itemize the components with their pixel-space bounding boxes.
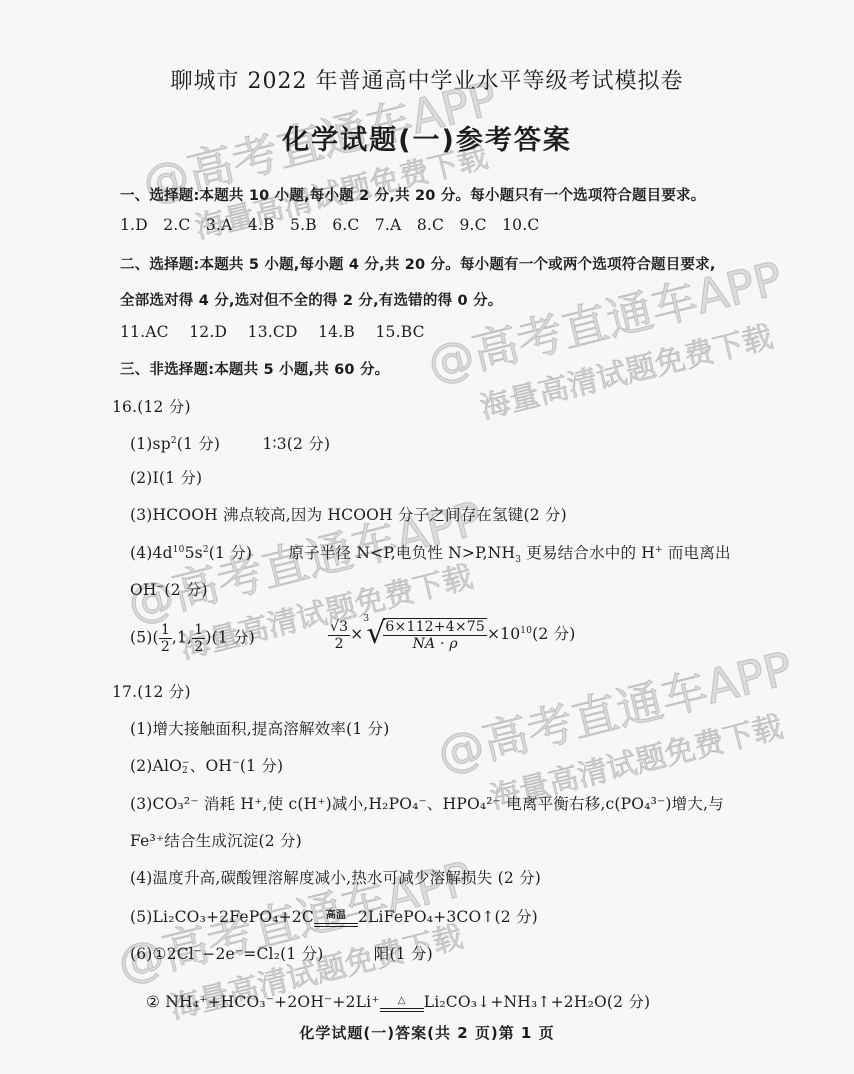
section-1-answers: 1.D 2.C 3.A 4.B 5.B 6.C 7.A 8.C 9.C 10.C bbox=[120, 216, 539, 234]
q17-part-6-2: ② NH₄⁺+HCO₃⁻+2OH⁻+2Li⁺△Li₂CO₃↓+NH₃↑+2H₂O… bbox=[146, 990, 650, 1012]
q17-part-5: (5)Li₂CO₃+2FePO₄+2C高温2LiFePO₄+3CO↑(2 分) bbox=[130, 905, 538, 927]
section-2-heading-line1: 二、选择题:本题共 5 小题,每小题 4 分,共 20 分。每小题有一个或两个选… bbox=[120, 253, 716, 274]
q17-part-4: (4)温度升高,碳酸锂溶解度减小,热水可减少溶解损失 (2 分) bbox=[130, 866, 541, 888]
q17-part-2: (2)AlO−2、OH−(1 分) bbox=[130, 754, 283, 776]
answer-item: 1.D bbox=[120, 216, 148, 234]
q16-part-5: (5)(12,1,12)(1 分) bbox=[130, 622, 255, 655]
answer-sheet-page: @高考直通车APP海量高清试题免费下载 @高考直通车APP海量高清试题免费下载 … bbox=[0, 0, 854, 1074]
q16-part-2: (2)Ⅰ(1 分) bbox=[130, 466, 202, 488]
answer-item: 15.BC bbox=[375, 323, 424, 341]
answer-item: 2.C bbox=[163, 216, 190, 234]
question-17-label: 17.(12 分) bbox=[112, 680, 191, 702]
section-3-heading: 三、非选择题:本题共 5 小题,共 60 分。 bbox=[120, 358, 389, 379]
exam-title: 聊城市 2022 年普通高中学业水平等级考试模拟卷 bbox=[0, 64, 854, 95]
q16-part-4-cont: OH−(2 分) bbox=[130, 578, 208, 600]
q17-part-1: (1)增大接触面积,提高溶解效率(1 分) bbox=[130, 717, 389, 739]
answer-item: 3.A bbox=[206, 216, 233, 234]
answer-item: 11.AC bbox=[120, 323, 169, 341]
answer-item: 6.C bbox=[332, 216, 359, 234]
page-footer: 化学试题(一)答案(共 2 页)第 1 页 bbox=[0, 1022, 854, 1043]
answer-item: 10.C bbox=[502, 216, 539, 234]
section-2-heading-line2: 全部选对得 4 分,选对但不全的得 2 分,有选错的得 0 分。 bbox=[120, 289, 502, 310]
q16-part-1: (1)sp2(1 分) 1∶3(2 分) bbox=[130, 432, 330, 454]
answer-item: 12.D bbox=[189, 323, 227, 341]
q16-part-3: (3)HCOOH 沸点较高,因为 HCOOH 分子之间存在氢键(2 分) bbox=[130, 503, 567, 525]
answer-item: 4.B bbox=[248, 216, 275, 234]
answer-item: 14.B bbox=[318, 323, 355, 341]
q16-part-4: (4)4d105s2(1 分) 原子半径 N<P,电负性 N>P,NH3 更易结… bbox=[130, 541, 731, 563]
section-1-heading: 一、选择题:本题共 10 小题,每小题 2 分,共 20 分。每小题只有一个选项… bbox=[120, 184, 705, 205]
section-2-answers: 11.AC 12.D 13.CD 14.B 15.BC bbox=[120, 323, 425, 341]
q16-part-5-formula: √32×3√6×112+4×75NA · ρ×1010(2 分) bbox=[328, 618, 576, 652]
q17-part-3-line1: (3)CO₃²⁻ 消耗 H⁺,使 c(H⁺)减小,H₂PO₄⁻、HPO₄²⁻ 电… bbox=[130, 792, 724, 814]
answer-item: 5.B bbox=[290, 216, 317, 234]
answer-item: 9.C bbox=[459, 216, 486, 234]
q17-part-3-line2: Fe³⁺结合生成沉淀(2 分) bbox=[130, 829, 302, 851]
answer-key-title: 化学试题(一)参考答案 bbox=[0, 118, 854, 157]
answer-item: 13.CD bbox=[248, 323, 298, 341]
question-16-label: 16.(12 分) bbox=[112, 395, 191, 417]
q17-part-6-1: (6)①2Cl⁻−2e⁻=Cl₂(1 分) 阳(1 分) bbox=[130, 942, 433, 964]
answer-item: 8.C bbox=[417, 216, 444, 234]
answer-item: 7.A bbox=[375, 216, 402, 234]
